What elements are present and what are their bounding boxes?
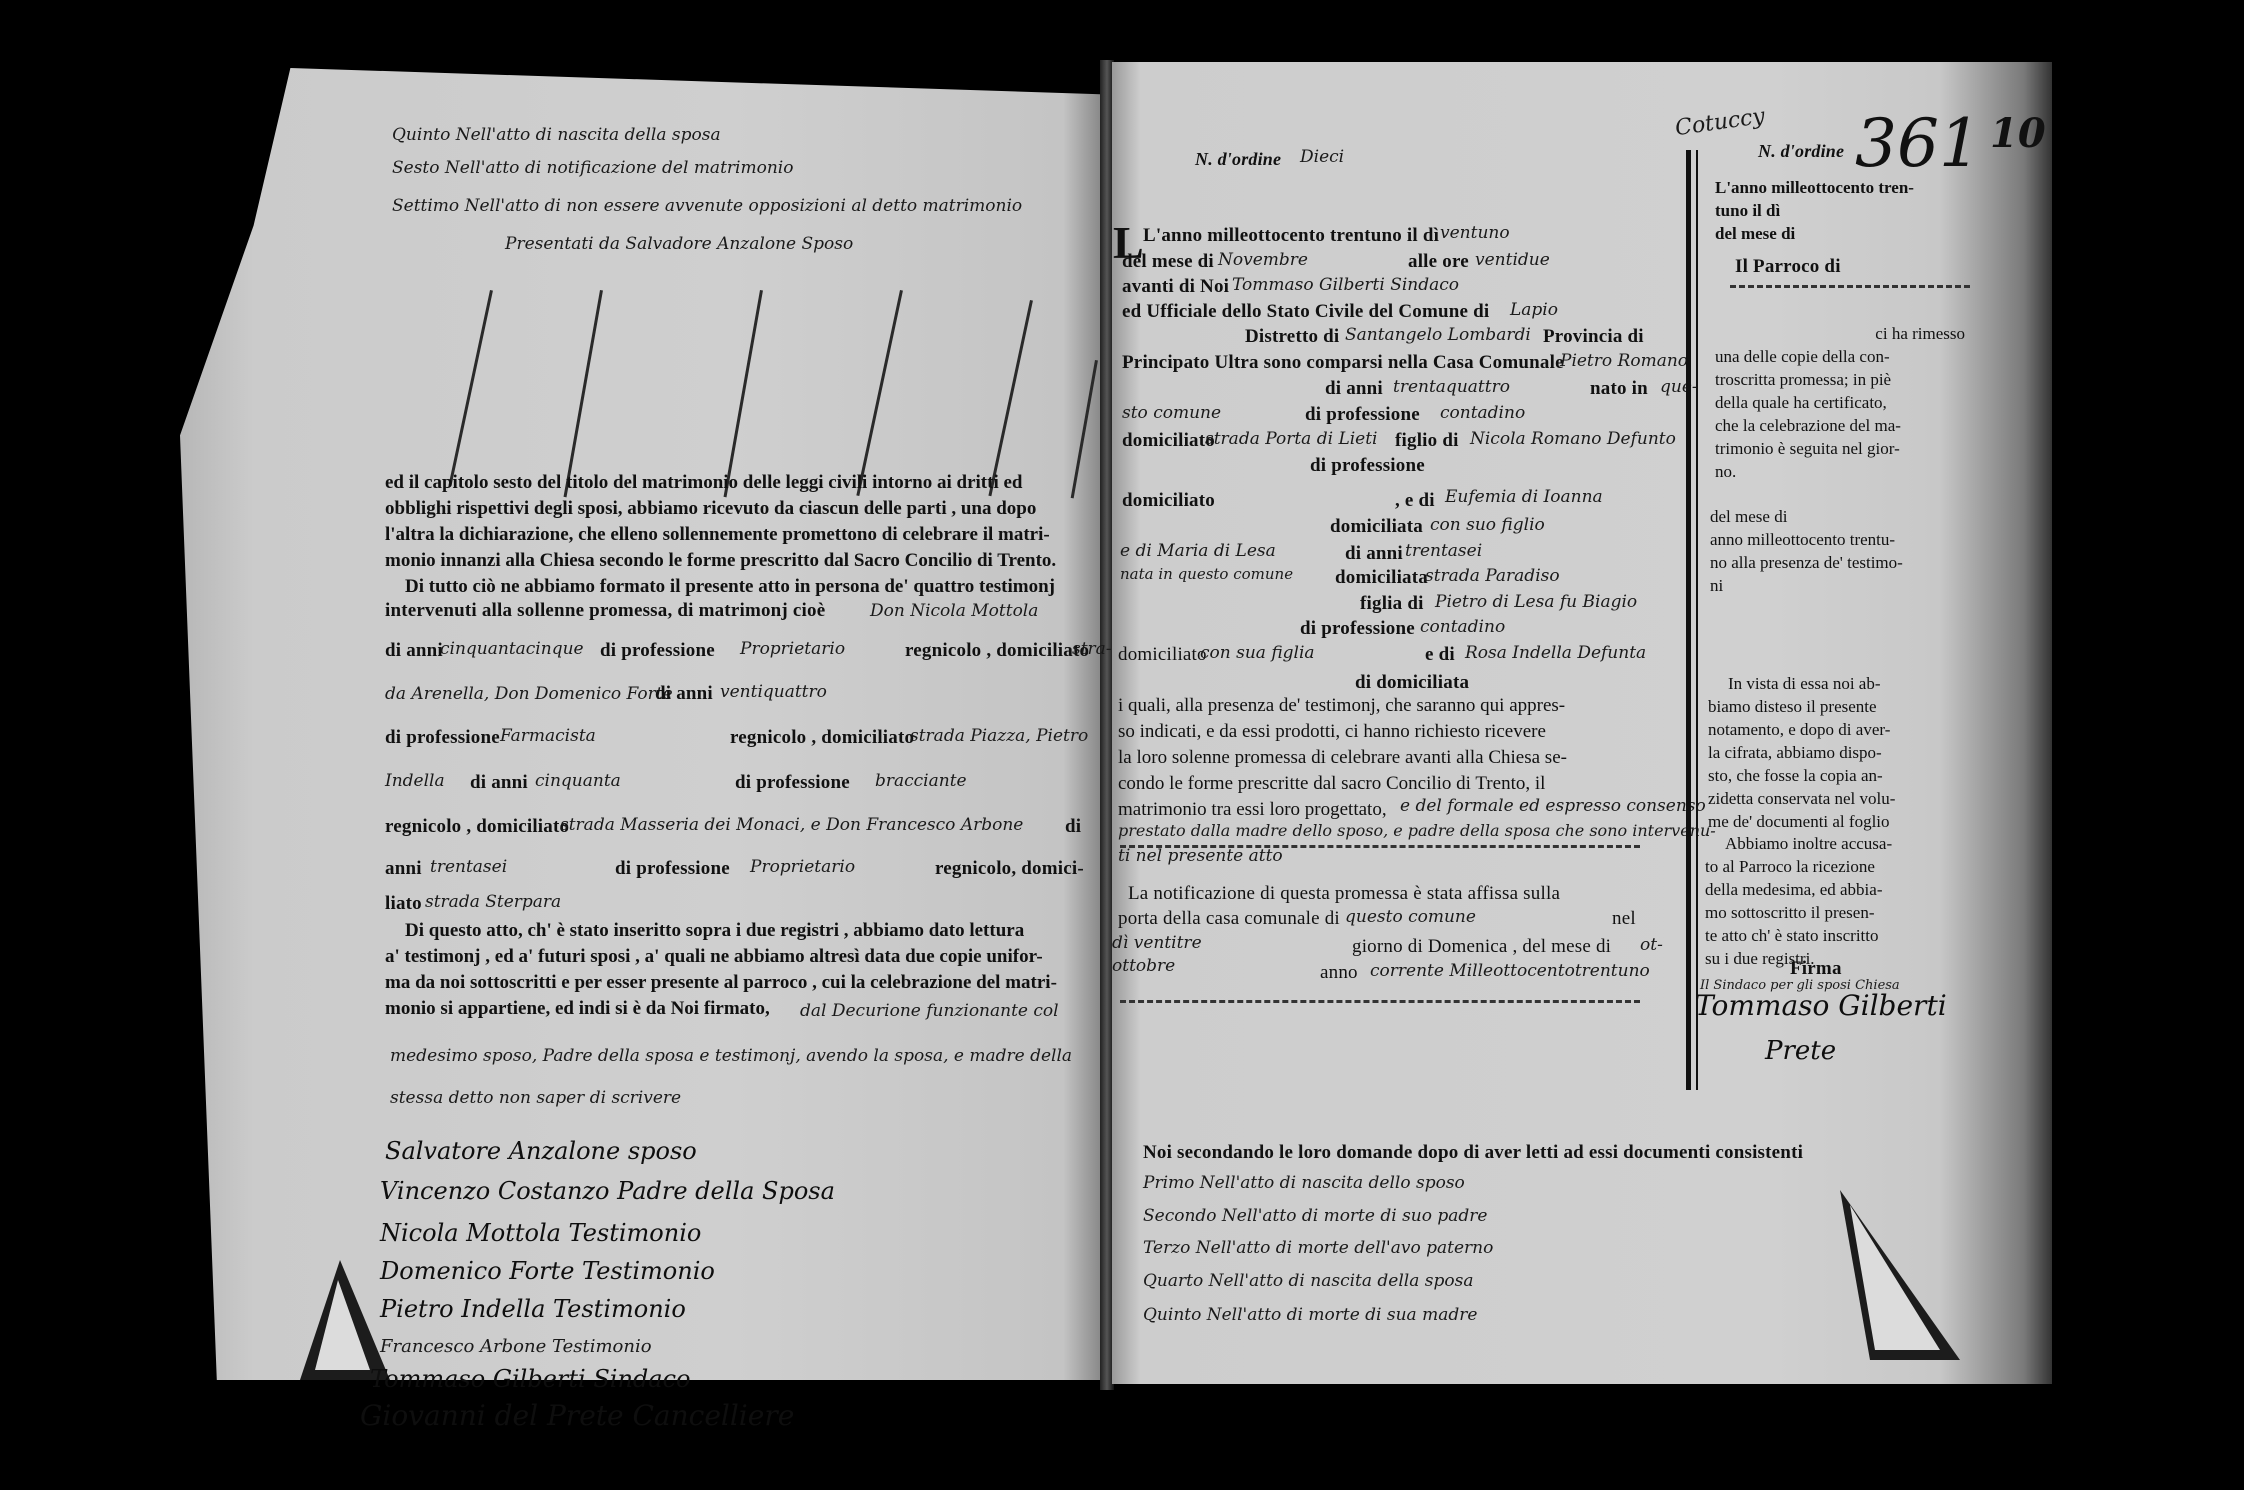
right-line: me de' documenti al foglio <box>1708 810 1958 833</box>
witness-1-name: Don Nicola Mottola <box>870 600 1038 622</box>
groom-age: trentaquattro <box>1393 376 1510 398</box>
groom-birthplace-1: que- <box>1660 376 1698 398</box>
right-block-4: In vista di essa noi ab- biamo disteso i… <box>1708 672 1958 833</box>
document-item-4: Quarto Nell'atto di nascita della sposa <box>1143 1270 1473 1292</box>
folio-number: 10 <box>1990 110 2046 157</box>
comune-value: Lapio <box>1510 299 1558 321</box>
parroco-label: Il Parroco di <box>1735 256 1841 278</box>
witness-3-profession: bracciante <box>875 770 967 792</box>
signature-witness-3: Pietro Indella Testimonio <box>380 1298 686 1320</box>
groom-birthplace-2: sto comune <box>1122 402 1221 424</box>
closing-hand-3: stessa detto non saper di scrivere <box>390 1087 681 1109</box>
right-line: anno milleottocento trentu- <box>1710 528 1960 551</box>
label-domiciliata: domiciliata <box>1335 567 1428 589</box>
right-line: Abbiamo inoltre accusa- <box>1705 832 1955 855</box>
witness-2-profession: Farmacista <box>500 725 596 747</box>
right-line: del mese di <box>1715 222 1955 245</box>
right-line: In vista di essa noi ab- <box>1708 672 1958 695</box>
witness-1-age: cinquantacinque <box>440 638 584 660</box>
consent-hand-1: e del formale ed espresso consenso <box>1400 795 1706 817</box>
documents-intro: Noi secondando le loro domande dopo di a… <box>1143 1142 1803 1164</box>
consent-hand-3: ti nel presente atto <box>1118 845 1283 867</box>
consent-hand-2: prestato dalla madre dello sposo, e padr… <box>1118 820 1716 842</box>
witness-1-profession: Proprietario <box>740 638 845 660</box>
signature-cancelliere: Giovanni del Prete Cancelliere <box>360 1405 794 1427</box>
right-line: tuno il dì <box>1715 199 1955 222</box>
groom-mother-address: con suo figlio <box>1430 514 1545 536</box>
signature-prete: Prete <box>1765 1040 1836 1062</box>
closing-line: a' testimonj , ed a' futuri sposi , a' q… <box>385 944 1085 970</box>
notification-line-3: giorno di Domenica , del mese di <box>1352 936 1611 958</box>
left-note-4: Presentati da Salvadore Anzalone Sposo <box>505 233 853 255</box>
label-regnicolo: regnicolo , domiciliato <box>385 816 569 838</box>
signature-groom: Salvatore Anzalone sposo <box>385 1140 697 1162</box>
notification-year: corrente Milleottocentotrentuno <box>1370 960 1650 982</box>
witness-2-age: ventiquattro <box>720 681 827 703</box>
label-e-di: , e di <box>1395 490 1435 512</box>
right-line: te atto ch' è stato inscritto <box>1705 924 1955 947</box>
groom-mother: Eufemia di Ioanna <box>1445 486 1603 508</box>
witness-3-address: strada Masseria dei Monaci, e Don France… <box>560 814 1023 836</box>
label-mese: del mese di <box>1122 251 1214 273</box>
label-domiciliato: domiciliato <box>1118 644 1207 666</box>
hour-value: ventidue <box>1475 249 1550 271</box>
right-line: troscritta promessa; in piè <box>1715 368 1965 391</box>
bride-mother: Rosa Indella Defunta <box>1465 642 1646 664</box>
month-value: Novembre <box>1218 249 1308 271</box>
right-block-3: del mese di anno milleottocento trentu- … <box>1710 505 1960 597</box>
photo-corner-right <box>1830 1190 1970 1370</box>
label-ore: alle ore <box>1408 251 1469 273</box>
paragraph-line: i quali, alla presenza de' testimonj, ch… <box>1118 693 1638 719</box>
witness-intro: intervenuti alla sollenne promessa, di m… <box>385 600 825 622</box>
label-nel: nel <box>1612 908 1636 930</box>
dashed-line <box>1120 1000 1640 1003</box>
label-figlia: figlia di <box>1360 593 1424 615</box>
line-anno-label: L'anno milleottocento trentuno il dì <box>1143 225 1439 247</box>
bride-father: Pietro di Lesa fu Biagio <box>1435 591 1637 613</box>
body-line: obblighi rispettivi degli sposi, abbiamo… <box>385 496 1085 522</box>
day-value: ventuno <box>1440 222 1510 244</box>
signature-witness-4: Francesco Arbone Testimonio <box>380 1336 652 1358</box>
notification-line-2: porta della casa comunale di <box>1118 908 1340 930</box>
right-line: sto, che fosse la copia an- <box>1708 764 1958 787</box>
right-line: L'anno milleottocento tren- <box>1715 176 1955 199</box>
bride-age: trentasei <box>1405 540 1482 562</box>
right-line: la cifrata, abbiamo dispo- <box>1708 741 1958 764</box>
page-number-stamp: 361 <box>1855 105 1981 182</box>
witness-4-age: trentasei <box>430 856 507 878</box>
bride-name-margin: e di Maria di Lesa <box>1120 540 1276 563</box>
left-body-text: ed il capitolo sesto del titolo del matr… <box>385 470 1085 600</box>
bride-address: strada Paradiso <box>1425 565 1560 587</box>
dashed-line <box>1120 845 1640 848</box>
notification-line-1: La notificazione di questa promessa è st… <box>1128 883 1560 905</box>
right-line: ni <box>1710 574 1960 597</box>
label-domiciliato: domiciliato <box>1122 430 1215 452</box>
bride-father-profession: contadino <box>1420 616 1505 638</box>
right-line: una delle copie della con- <box>1715 345 1965 368</box>
dashed-line <box>1730 285 1970 288</box>
body-line: Di tutto ciò ne abbiamo formato il prese… <box>385 574 1085 600</box>
label-di-anni: di anni <box>470 772 528 794</box>
right-line: biamo disteso il presente <box>1708 695 1958 718</box>
label-domiciliata: domiciliata <box>1330 516 1423 538</box>
paragraph-line: la loro solenne promessa di celebrare av… <box>1118 745 1638 771</box>
label-professione: di professione <box>600 640 715 662</box>
label-nato: nato in <box>1590 378 1648 400</box>
signature-witness-2: Domenico Forte Testimonio <box>380 1260 715 1282</box>
label-professione: di professione <box>1310 455 1425 477</box>
right-line: to al Parroco la ricezione <box>1705 855 1955 878</box>
closing-line: Di questo atto, ch' è stato inseritto so… <box>385 918 1085 944</box>
right-line: notamento, e dopo di aver- <box>1708 718 1958 741</box>
document-item-2: Secondo Nell'atto di morte di suo padre <box>1143 1205 1487 1227</box>
document-item-1: Primo Nell'atto di nascita dello sposo <box>1143 1172 1465 1194</box>
witness-3-surname: Indella <box>385 770 445 792</box>
left-note-3: Settimo Nell'atto di non essere avvenute… <box>392 195 1022 217</box>
label-anno: anno <box>1320 962 1358 984</box>
groom-profession: contadino <box>1440 402 1525 424</box>
right-line: della medesima, ed abbia- <box>1705 878 1955 901</box>
witness-2-address: strada Piazza, Pietro <box>910 725 1088 747</box>
bride-birthplace-margin: nata in questo comune <box>1120 563 1293 586</box>
closing-hand-1: dal Decurione funzionante col <box>800 1000 1059 1022</box>
right-line: ci ha rimesso <box>1715 322 1965 345</box>
groom-father: Nicola Romano Defunto <box>1470 428 1676 450</box>
label-comparsi: Principato Ultra sono comparsi nella Cas… <box>1122 352 1564 374</box>
signature-sindaco: Tommaso Gilberti Sindaco <box>370 1368 690 1390</box>
label-e-di: e di <box>1425 644 1455 666</box>
notification-date-margin: dì ventitre ottobre <box>1112 932 1202 978</box>
right-line: zidetta conservata nel volu- <box>1708 787 1958 810</box>
right-block-5: Abbiamo inoltre accusa- to al Parroco la… <box>1705 832 1955 970</box>
label-avanti: avanti di Noi <box>1122 276 1229 298</box>
notification-month: ot- <box>1640 934 1663 956</box>
label-professione: di professione <box>615 858 730 880</box>
officer-name: Tommaso Gilberti Sindaco <box>1232 274 1459 296</box>
label-professione: di professione <box>1300 618 1415 640</box>
label-domiciliato: domiciliato <box>1122 490 1215 512</box>
label-professione: di professione <box>735 772 850 794</box>
right-block-1: L'anno milleottocento tren- tuno il dì d… <box>1715 176 1955 245</box>
label-regnicolo: regnicolo , domiciliato <box>905 640 1089 662</box>
right-line: trimonio è seguita nel gior- <box>1715 437 1965 460</box>
label-regnicolo: regnicolo, domici- <box>935 858 1084 880</box>
right-line: no alla presenza de' testimo- <box>1710 551 1960 574</box>
groom-address: strada Porta di Lieti <box>1205 428 1378 450</box>
body-line: monio innanzi alla Chiesa secondo le for… <box>385 548 1085 574</box>
right-order-label: N. d'ordine <box>1758 140 1844 162</box>
closing-hand-2: medesimo sposo, Padre della sposa e test… <box>390 1045 1072 1067</box>
right-line: no. <box>1715 460 1965 483</box>
column-rule <box>1696 150 1698 1090</box>
right-line: del mese di <box>1710 505 1960 528</box>
signature-bride-father: Vincenzo Costanzo Padre della Sposa <box>380 1180 835 1202</box>
witness-4-profession: Proprietario <box>750 856 855 878</box>
bride-father-address: con sua figlia <box>1200 642 1315 664</box>
label-di-anni: di anni <box>385 640 443 662</box>
paragraph-line: so indicati, e da essi prodotti, ci hann… <box>1118 719 1638 745</box>
closing-line: ma da noi sottoscritti e per esser prese… <box>385 970 1085 996</box>
label-comune: ed Ufficiale dello Stato Civile del Comu… <box>1122 301 1489 323</box>
order-number-label: N. d'ordine <box>1195 148 1281 170</box>
label-regnicolo: regnicolo , domiciliato <box>730 727 914 749</box>
witness-1-address: stra- <box>1072 638 1112 660</box>
document-item-5: Quinto Nell'atto di morte di sua madre <box>1143 1304 1477 1326</box>
left-note-2: Sesto Nell'atto di notificazione del mat… <box>392 157 793 179</box>
label-anni: di anni <box>1325 378 1383 400</box>
witness-3-age: cinquanta <box>535 770 621 792</box>
column-rule <box>1686 150 1691 1090</box>
document-item-3: Terzo Nell'atto di morte dell'avo patern… <box>1143 1237 1493 1259</box>
label-figlio: figlio di <box>1395 430 1459 452</box>
label-liato: liato <box>385 893 422 915</box>
distretto-value: Santangelo Lombardi <box>1345 324 1531 346</box>
body-line: ed il capitolo sesto del titolo del matr… <box>385 470 1085 496</box>
label-di-anni: di anni <box>655 683 713 705</box>
label-provincia: Provincia di <box>1543 326 1644 348</box>
right-line: mo sottoscritto il presen- <box>1705 901 1955 924</box>
label-di: di <box>1065 816 1081 838</box>
signature-sindaco-right: Tommaso Gilberti <box>1695 995 1947 1017</box>
label-anni: anni <box>385 858 422 880</box>
label-anni: di anni <box>1345 543 1403 565</box>
order-number-value: Dieci <box>1300 146 1344 168</box>
body-line: l'altra la dichiarazione, che elleno sol… <box>385 522 1085 548</box>
right-block-2: ci ha rimesso una delle copie della con-… <box>1715 322 1965 483</box>
right-line: della quale ha certificato, <box>1715 391 1965 414</box>
label-professione: di professione <box>1305 404 1420 426</box>
witness-2-name: da Arenella, Don Domenico Forte <box>385 683 673 705</box>
signature-witness-1: Nicola Mottola Testimonio <box>380 1222 701 1244</box>
label-professione: di professione <box>385 727 500 749</box>
label-distretto: Distretto di <box>1245 326 1339 348</box>
witness-4-address: strada Sterpara <box>425 891 561 913</box>
label-domiciliata: di domiciliata <box>1355 672 1469 694</box>
paragraph-line: condo le forme prescritte dal sacro Conc… <box>1118 771 1638 797</box>
notification-place: questo comune <box>1345 906 1476 928</box>
left-note-1: Quinto Nell'atto di nascita della sposa <box>392 124 721 146</box>
right-line: che la celebrazione del ma- <box>1715 414 1965 437</box>
groom-name: Pietro Romano <box>1560 350 1688 372</box>
